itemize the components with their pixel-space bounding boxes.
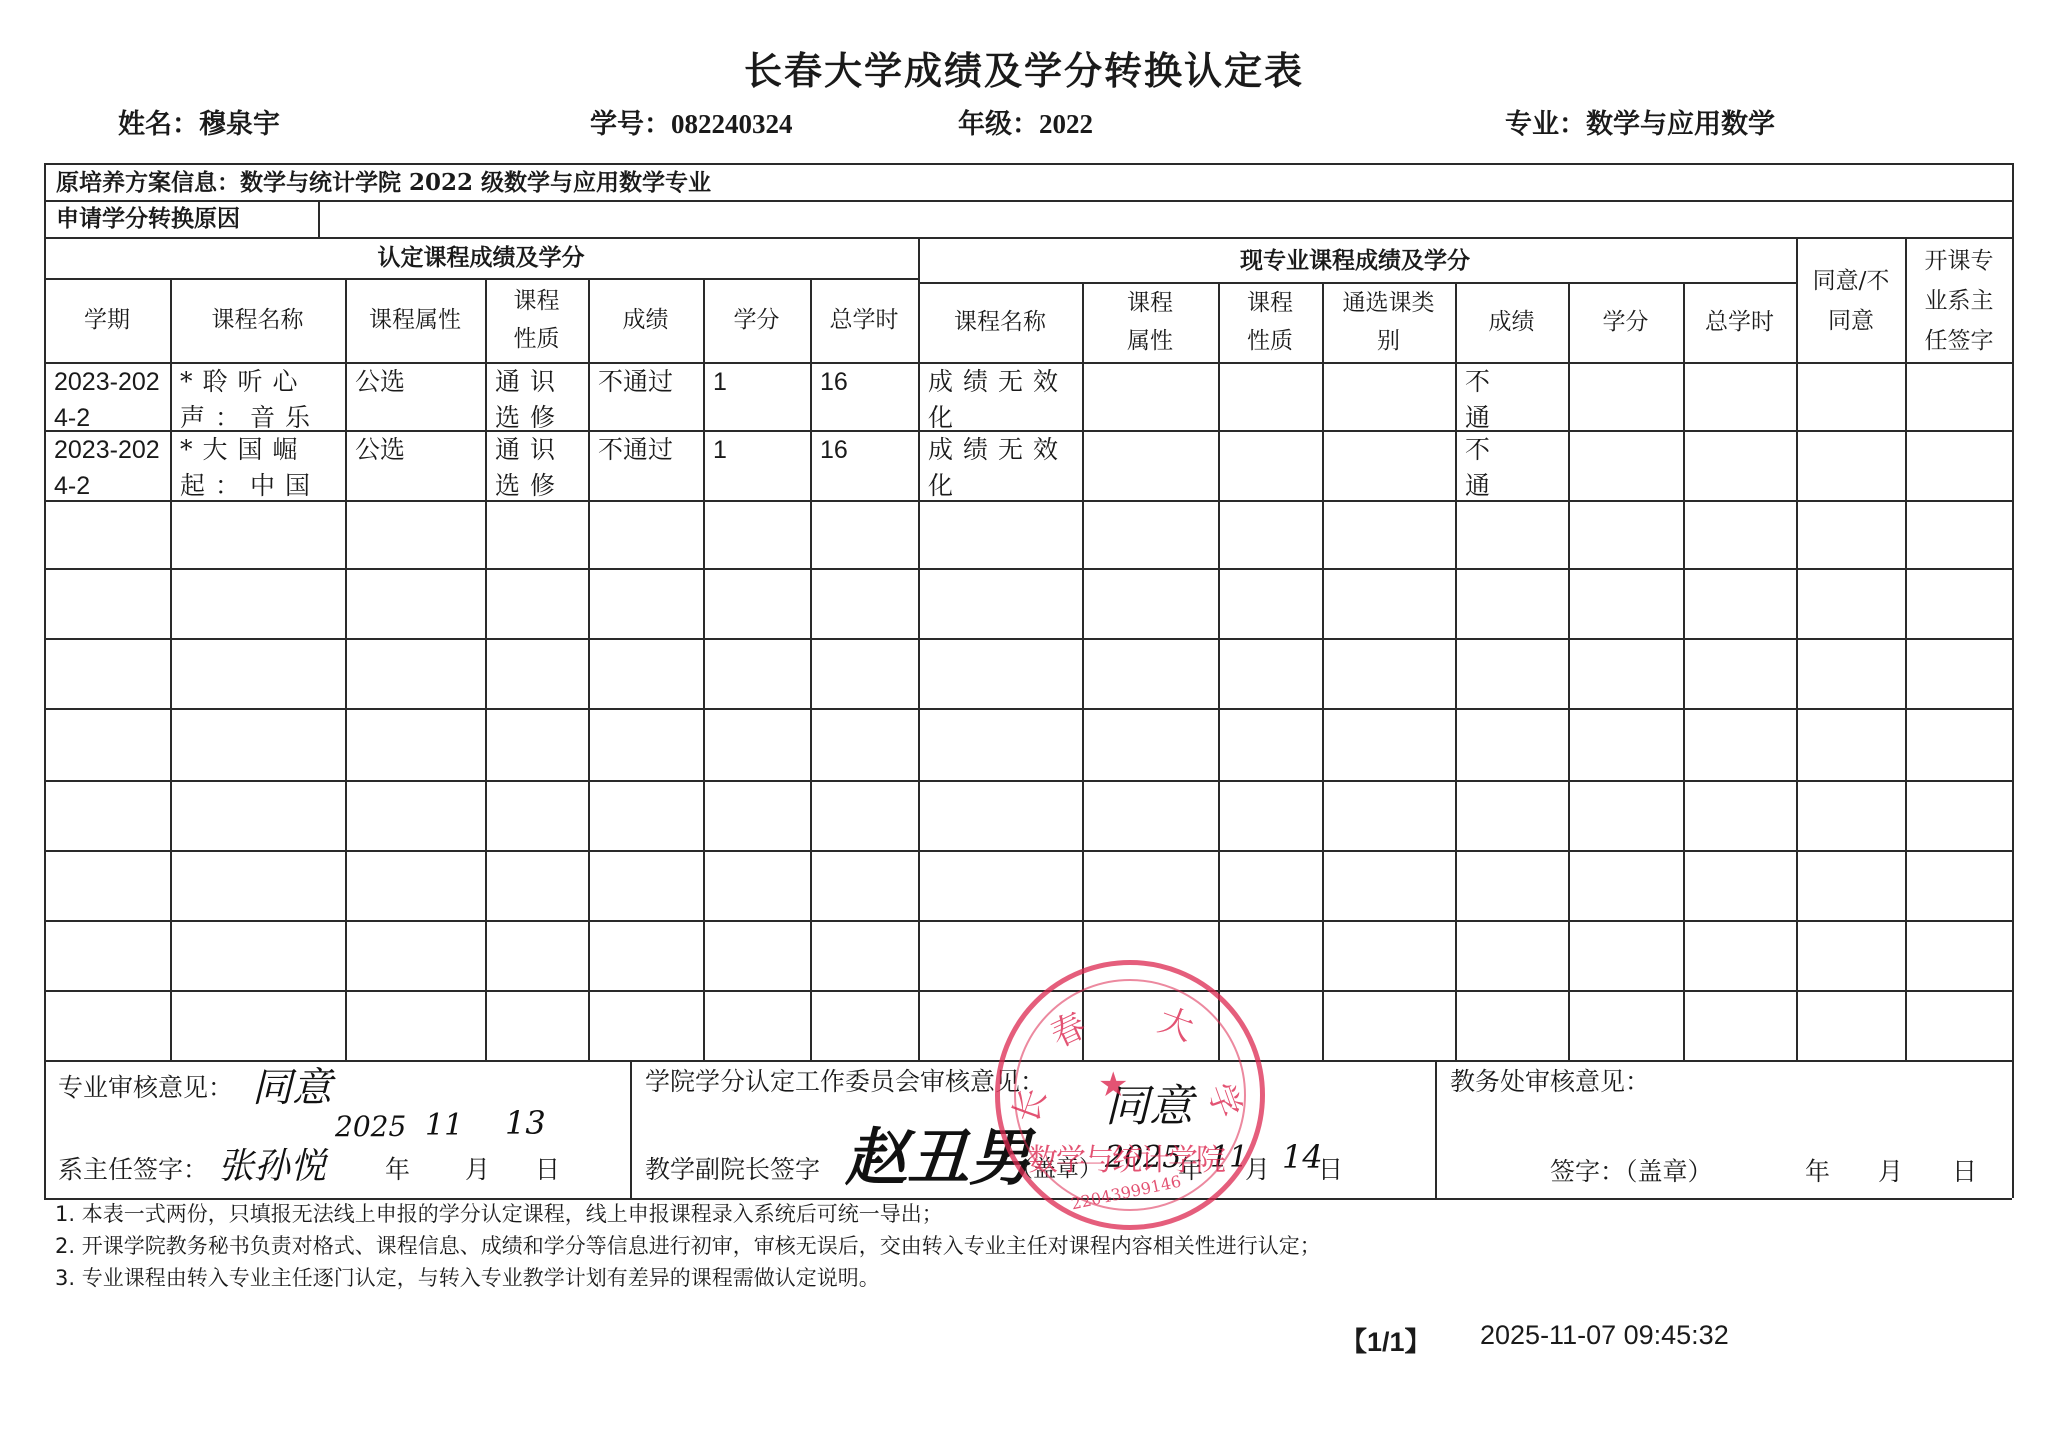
table-rule [345, 278, 347, 1060]
table-cell-new-hours [1693, 364, 1790, 428]
grade-label: 年级： [958, 109, 1039, 140]
table-rule [1082, 282, 1084, 1060]
vice-dean-day-label: 日 [1318, 1150, 1343, 1186]
right-column-header: 总学时 [1685, 284, 1794, 360]
table-cell-nature: 通识选修 [495, 364, 582, 428]
table-rule [44, 780, 2012, 782]
left-column-header: 学分 [705, 280, 808, 360]
table-rule [44, 920, 2012, 922]
committee-review-label: 学院学分认定工作委员会审核意见： [645, 1062, 1045, 1098]
student-name-field: 姓名：穆泉宇 [118, 102, 280, 141]
seal-star-icon: ★ [1098, 1065, 1128, 1105]
table-rule [703, 278, 705, 1060]
table-rule [44, 638, 2012, 640]
major-field: 专业：数学与应用数学 [1505, 102, 1775, 141]
table-cell-new-credit [1578, 364, 1677, 428]
signer-header: 开课专业系主任签字 [1906, 240, 2012, 362]
note-3: 3. 专业课程由转入专业主任逐门认定，与转入专业教学计划有差异的课程需做认定说明… [55, 1262, 880, 1292]
note-1: 1. 本表一式两份，只填报无法线上申报的学分认定课程，线上申报课程录入系统后可统… [55, 1198, 943, 1228]
table-cell-score: 不通过 [598, 432, 697, 498]
table-cell-sign [1915, 432, 2006, 498]
director-date-day: 13 [505, 1104, 546, 1142]
page-indicator: 【1/1】 [1340, 1320, 1432, 1359]
year-label: 年 [385, 1150, 410, 1186]
table-cell-new-score: 不通过 [1465, 364, 1562, 428]
table-rule [170, 278, 172, 1060]
student-id-label: 学号： [590, 109, 671, 140]
print-timestamp: 2025-11-07 09:45:32 [1480, 1320, 1729, 1351]
table-rule [485, 278, 487, 1060]
left-column-header: 学期 [46, 280, 168, 360]
left-column-header: 总学时 [812, 280, 916, 360]
table-rule [1435, 1060, 1437, 1198]
table-rule [44, 990, 2012, 992]
academic-affairs-day-label: 日 [1952, 1152, 1977, 1188]
table-rule [810, 278, 812, 1060]
table-rule [918, 237, 920, 1060]
reason-label: 申请学分转换原因 [46, 200, 326, 237]
director-sign-label: 系主任签字： [58, 1150, 208, 1186]
director-date-year: 2025 [335, 1110, 406, 1143]
table-rule [1322, 282, 1324, 1060]
table-rule [44, 568, 2012, 570]
name-label: 姓名： [118, 109, 199, 140]
major-review-label: 专业审核意见： [58, 1068, 233, 1104]
day-label: 日 [535, 1150, 560, 1186]
table-cell-nature: 通识选修 [495, 432, 582, 498]
table-cell-agree [1806, 364, 1899, 428]
right-column-header: 课程属性 [1084, 284, 1216, 360]
table-cell-course: *聆听心声：音乐审 [180, 364, 339, 428]
left-column-header: 成绩 [590, 280, 701, 360]
right-column-header: 课程性质 [1220, 284, 1320, 360]
table-cell-term: 2023-2024-2 [54, 432, 164, 498]
table-rule [588, 278, 590, 1060]
table-rule [630, 1060, 632, 1198]
table-rule [1568, 282, 1570, 1060]
student-id: 082240324 [671, 109, 793, 139]
table-cell-new-nature [1228, 364, 1316, 428]
table-rule [2012, 163, 2014, 1198]
director-signature: 张孙悦 [218, 1138, 326, 1189]
major-review-handwritten: 同意 [252, 1056, 332, 1113]
table-cell-new-course: 成绩无效化 [928, 432, 1076, 498]
note-2: 2. 开课学院教务秘书负责对格式、课程信息、成绩和学分等信息进行初审，审核无误后… [55, 1230, 1321, 1260]
table-rule [44, 708, 2012, 710]
student-name: 穆泉宇 [199, 109, 280, 140]
right-column-header: 通选课类别 [1324, 284, 1453, 360]
table-cell-new-hours [1693, 432, 1790, 498]
director-date-month: 11 [425, 1108, 463, 1143]
table-cell-score: 不通过 [598, 364, 697, 428]
reason-input[interactable] [322, 200, 2012, 237]
table-cell-new-attr [1092, 432, 1212, 498]
right-column-header: 成绩 [1457, 284, 1566, 360]
left-column-header: 课程属性 [347, 280, 483, 360]
table-cell-new-credit [1578, 432, 1677, 498]
academic-affairs-sign-label: 签字：（盖章） [1550, 1152, 1713, 1188]
original-plan-info: 原培养方案信息：数学与统计学院 2022 级数学与应用数学专业 [46, 165, 2016, 200]
table-rule [1218, 282, 1220, 1060]
left-section-title: 认定课程成绩及学分 [46, 237, 916, 278]
major: 数学与应用数学 [1586, 109, 1775, 140]
grade-field: 年级：2022 [958, 102, 1093, 141]
right-column-header: 学分 [1570, 284, 1681, 360]
table-cell-new-category [1332, 432, 1449, 498]
grade: 2022 [1039, 109, 1093, 139]
left-column-header: 课程性质 [487, 280, 586, 360]
table-cell-attr: 公选 [355, 432, 479, 498]
table-cell-hours: 16 [820, 364, 912, 428]
table-cell-hours: 16 [820, 432, 912, 498]
right-section-title: 现专业课程成绩及学分 [920, 240, 1790, 282]
table-cell-new-course: 成绩无效化 [928, 364, 1076, 428]
table-cell-new-score: 不通过 [1465, 432, 1562, 498]
table-cell-attr: 公选 [355, 364, 479, 428]
table-rule [44, 850, 2012, 852]
major-label: 专业： [1505, 109, 1586, 140]
table-cell-agree [1806, 432, 1899, 498]
form-title: 长春大学成绩及学分转换认定表 [0, 40, 2048, 95]
table-cell-course: *大国崛起：中国对 [180, 432, 339, 498]
academic-affairs-year-label: 年 [1805, 1152, 1830, 1188]
agree-header: 同意/不同意 [1798, 240, 1904, 362]
table-cell-credit: 1 [713, 364, 804, 428]
student-id-field: 学号：082240324 [590, 102, 793, 141]
left-column-header: 课程名称 [172, 280, 343, 360]
table-cell-term: 2023-2024-2 [54, 364, 164, 428]
table-rule [1683, 282, 1685, 1060]
academic-affairs-month-label: 月 [1878, 1152, 1903, 1188]
table-cell-sign [1915, 364, 2006, 428]
academic-affairs-review-label: 教务处审核意见： [1450, 1062, 1650, 1098]
vice-dean-sign-label: 教学副院长签字 [645, 1150, 820, 1186]
seal-bottom-text: 数学与统计学院 [1028, 1135, 1224, 1179]
month-label: 月 [465, 1150, 490, 1186]
table-cell-new-nature [1228, 432, 1316, 498]
table-rule [44, 500, 2012, 502]
vice-dean-date-day: 14 [1282, 1138, 1323, 1176]
college-seal: 春 大 长 学 ★ 数学与统计学院 2204399914​6 [995, 960, 1265, 1230]
right-column-header: 课程名称 [920, 284, 1080, 360]
table-cell-new-attr [1092, 364, 1212, 428]
table-cell-new-category [1332, 364, 1449, 428]
table-cell-credit: 1 [713, 432, 804, 498]
table-rule [1455, 282, 1457, 1060]
